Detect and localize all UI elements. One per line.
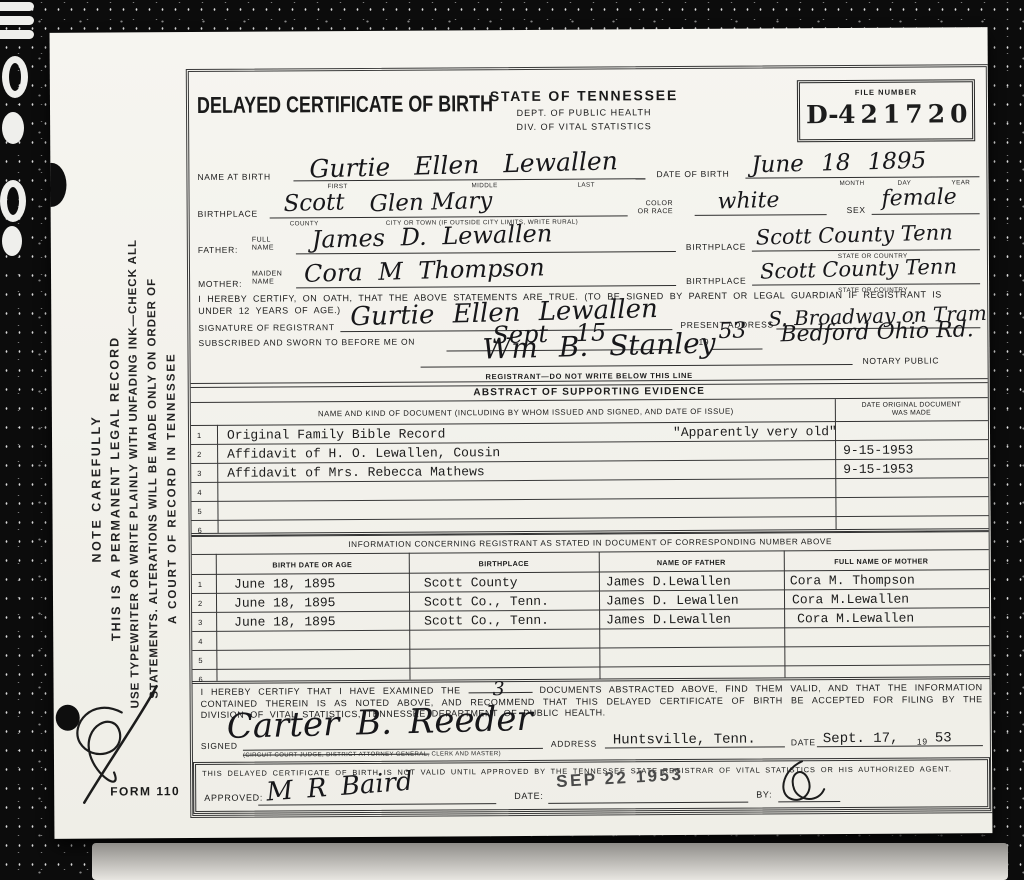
abstract-document-cell: Affidavit of H. O. Lewallen, Cousin	[227, 445, 500, 462]
father-cell: James D. Lewallen	[606, 593, 739, 609]
film-edge-mark	[0, 16, 34, 25]
notary-signature-value: Wm B. Stanley	[482, 326, 716, 365]
signed-label: SIGNED	[201, 741, 238, 751]
certificate-form: DELAYED CERTIFICATE OF BIRTH STATE OF TE…	[186, 64, 993, 818]
file-number-value: 421720	[838, 99, 973, 129]
row-number: 3	[198, 618, 202, 627]
mother-cell: Cora M. Thompson	[790, 573, 915, 589]
date-of-birth-value: June 18 1895	[751, 148, 927, 179]
approval-by-signature	[774, 759, 830, 805]
sworn-label: SUBSCRIBED AND SWORN TO BEFORE ME ON	[198, 337, 415, 348]
document-page: NOTE CAREFULLY THIS IS A PERMANENT LEGAL…	[50, 27, 993, 839]
registrant-info-title: INFORMATION CONCERNING REGISTRANT AS STA…	[192, 536, 989, 550]
documents-count-blank: 3	[468, 683, 532, 693]
row-number: 2	[197, 450, 201, 459]
father-label-line2: NAME	[252, 245, 274, 253]
sworn-year-value: 53	[718, 318, 747, 344]
sex-label: SEX	[847, 205, 866, 215]
birth-date-cell: June 18, 1895	[234, 595, 336, 611]
abstract-col-date: DATE ORIGINAL DOCUMENT WAS MADE	[835, 401, 988, 418]
mother-label: MOTHER:	[198, 279, 242, 289]
approval-box: THIS DELAYED CERTIFICATE OF BIRTH IS NOT…	[193, 757, 990, 814]
mother-label-line2: NAME	[252, 278, 282, 286]
documents-count-value: 3	[492, 683, 505, 695]
row-number: 1	[198, 580, 202, 589]
approval-date-label: DATE:	[514, 791, 543, 801]
file-number-label: FILE NUMBER	[800, 87, 972, 97]
state-title: STATE OF TENNESSEE	[474, 87, 694, 104]
father-cell: James D.Lewallen	[606, 612, 731, 628]
mother-label-line1: MAIDEN	[252, 270, 282, 278]
signed-signature-value: Carter B. Reeder	[226, 699, 533, 747]
col-birth-date: BIRTH DATE OR AGE	[216, 560, 409, 570]
signed-date-value: Sept. 17,	[823, 731, 899, 747]
signed-date-label: DATE	[791, 737, 816, 747]
birthplace-cell: Scott County	[424, 575, 518, 591]
mother-cell: Cora M.Lewallen	[792, 592, 909, 608]
signed-sublabel-struck: (CIRCUIT COURT JUDGE, DISTRICT ATTORNEY …	[243, 752, 429, 759]
name-at-birth-label: NAME AT BIRTH	[197, 172, 270, 182]
sex-value: female	[881, 185, 957, 212]
father-name-value: James D. Lewallen	[311, 219, 552, 253]
scanner-bed-strip	[92, 843, 1008, 880]
row-number: 2	[198, 599, 202, 608]
abstract-date-cell: 9-15-1953	[843, 462, 913, 477]
registrant-info-table: INFORMATION CONCERNING REGISTRANT AS STA…	[192, 531, 990, 684]
birthplace-label: BIRTHPLACE	[198, 209, 258, 219]
row-number: 5	[198, 656, 202, 665]
present-address-line2: Bedford Ohio Rd.	[780, 317, 974, 347]
margin-note-line: A COURT OF RECORD IN TENNESSEE	[162, 268, 184, 708]
film-edge-mark	[0, 180, 26, 222]
film-edge-mark	[2, 56, 28, 98]
ink-scribble	[62, 684, 193, 810]
signed-address-value: Huntsville, Tenn.	[613, 732, 756, 749]
row-number: 4	[197, 488, 201, 497]
file-number-box: FILE NUMBER D- 421720	[797, 79, 975, 142]
signed-sublabel-rest: CLERK AND MASTER)	[429, 751, 501, 757]
col-mother: FULL NAME OF MOTHER	[784, 556, 979, 566]
race-value: white	[717, 188, 780, 215]
birthplace-cell: Scott Co., Tenn.	[424, 594, 549, 610]
mother-birthplace-value: Scott County Tenn	[760, 254, 958, 283]
signed-address-label: ADDRESS	[551, 739, 597, 749]
name-sub-last: LAST	[577, 182, 594, 189]
signed-sublabel: (CIRCUIT COURT JUDGE, DISTRICT ATTORNEY …	[243, 751, 501, 759]
punch-hole	[50, 163, 67, 207]
abstract-document-cell: Affidavit of Mrs. Rebecca Mathews	[227, 464, 485, 481]
sex-blank	[872, 213, 980, 215]
birthplace-county-value: Scott	[283, 189, 345, 217]
mother-name-value: Cora M Thompson	[304, 253, 545, 288]
father-birthplace-value: Scott County Tenn	[756, 220, 954, 249]
race-blank	[695, 214, 827, 216]
father-label-line1: FULL	[252, 237, 274, 245]
certification-part1: I HEREBY CERTIFY THAT I HAVE EXAMINED TH…	[201, 685, 461, 697]
signed-year-value: 53	[935, 730, 952, 746]
file-number-prefix: D-	[806, 100, 839, 129]
abstract-col-date-line2: WAS MADE	[835, 409, 988, 418]
mother-cell: Cora M.Lewallen	[797, 611, 914, 627]
dept-line: DEPT. OF PUBLIC HEALTH	[474, 107, 694, 118]
color-label-line2: OR RACE	[638, 208, 673, 216]
father-birthplace-label: BIRTHPLACE	[686, 242, 746, 252]
color-or-race-label: COLOR OR RACE	[638, 200, 674, 216]
mother-maidenname-label: MAIDEN NAME	[252, 270, 282, 286]
notary-public-label: NOTARY PUBLIC	[863, 355, 940, 365]
approval-by-label: BY:	[756, 789, 772, 799]
birthplace-cell: Scott Co., Tenn.	[424, 613, 549, 629]
sworn-year-blank	[710, 349, 762, 350]
abstract-date-cell: "Apparently very old"	[673, 424, 837, 440]
row-number: 4	[198, 637, 202, 646]
mother-birthplace-label: BIRTHPLACE	[686, 276, 746, 286]
abstract-document-cell: Original Family Bible Record	[227, 426, 446, 442]
form-title: DELAYED CERTIFICATE OF BIRTH	[197, 90, 493, 119]
abstract-date-cell: 9-15-1953	[843, 443, 913, 458]
row-number: 6	[198, 675, 202, 684]
film-edge-mark	[0, 2, 34, 11]
birthplace-city-value: Glen Mary	[369, 188, 492, 217]
film-edge-mark	[2, 112, 24, 144]
margin-instructions: NOTE CAREFULLY THIS IS A PERMANENT LEGAL…	[86, 268, 185, 709]
film-edge-mark	[2, 226, 22, 256]
col-father: NAME OF FATHER	[599, 557, 784, 567]
col-birthplace: BIRTHPLACE	[409, 559, 599, 569]
date-of-birth-label: DATE OF BIRTH	[656, 169, 729, 179]
abstract-col-document: NAME AND KIND OF DOCUMENT (INCLUDING BY …	[217, 406, 835, 419]
abstract-table: NAME AND KIND OF DOCUMENT (INCLUDING BY …	[191, 397, 989, 536]
film-edge-mark	[0, 30, 34, 39]
father-cell: James D.Lewallen	[606, 574, 731, 590]
agency-header: STATE OF TENNESSEE DEPT. OF PUBLIC HEALT…	[474, 87, 694, 132]
dob-sub-month: MONTH	[839, 180, 864, 187]
approval-date-blank	[548, 802, 748, 804]
father-fullname-label: FULL NAME	[252, 237, 274, 253]
microfilm-scan-background: NOTE CAREFULLY THIS IS A PERMANENT LEGAL…	[0, 0, 1024, 880]
birth-date-cell: June 18, 1895	[234, 614, 336, 630]
father-birthplace-blank	[752, 249, 980, 251]
registrant-signature-label: SIGNATURE OF REGISTRANT	[198, 322, 334, 333]
row-number: 6	[198, 526, 202, 535]
birth-date-cell: June 18, 1895	[234, 576, 336, 592]
color-label-line1: COLOR	[638, 200, 673, 208]
signed-year-prefix: 19	[917, 737, 928, 747]
row-number: 1	[197, 431, 201, 440]
mother-birthplace-blank	[752, 283, 980, 285]
division-line: DIV. OF VITAL STATISTICS	[474, 121, 694, 132]
row-number: 5	[197, 507, 201, 516]
margin-note-line: STATEMENTS. ALTERATIONS WILL BE MADE ONL…	[143, 268, 165, 708]
approved-label: APPROVED:	[204, 793, 263, 803]
row-number: 3	[197, 469, 201, 478]
father-label: FATHER:	[198, 245, 238, 255]
